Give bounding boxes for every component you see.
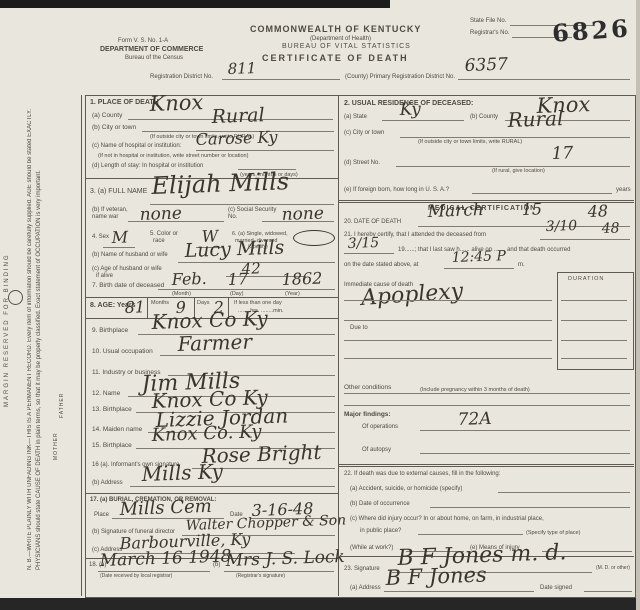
external-top-rule xyxy=(338,464,634,465)
where-label2: in public place? xyxy=(360,528,401,535)
pod-hospital-line xyxy=(196,150,334,151)
pod-stay-label: (d) Length of stay: In hospital or insti… xyxy=(92,163,203,170)
dod-line xyxy=(418,226,630,227)
registrar-sig-label: (b) xyxy=(213,562,220,569)
birth-year-value: 1862 xyxy=(281,269,322,289)
ssn-label2: No. xyxy=(228,214,237,221)
res-foreign-label: (e) If foreign born, how long in U. S. A… xyxy=(344,187,449,194)
bureau-vital: BUREAU OF VITAL STATISTICS xyxy=(282,43,411,51)
occupation-line xyxy=(160,355,335,356)
major-findings-label: Major findings: xyxy=(344,411,391,418)
res-street-value: 17 xyxy=(551,143,573,164)
other-conditions-label: Other conditions xyxy=(344,384,391,391)
primary-district-label: (County) Primary Registration District N… xyxy=(345,74,455,81)
age-months-label: Months xyxy=(151,300,169,306)
stamp-number: 6826 xyxy=(551,13,632,47)
res-county-label: (b) County xyxy=(470,114,498,121)
informant-addr-value: Mills Ky xyxy=(141,459,223,486)
duration-line-1 xyxy=(561,300,627,301)
sex-value: M xyxy=(111,227,128,247)
place-of-death-title: 1. PLACE OF DEATH xyxy=(90,99,159,107)
bureau-census: Bureau of the Census xyxy=(125,55,183,62)
where-line xyxy=(418,534,523,535)
sex-label: 4. Sex xyxy=(92,234,109,241)
registrar-sig-hint: (Registrar's signature) xyxy=(236,574,285,580)
occupation-value: Farmer xyxy=(177,329,252,356)
cause-line-1 xyxy=(344,300,552,301)
registrar-sig-line xyxy=(224,571,334,572)
pod-city-label: (b) City or town xyxy=(92,124,136,131)
operations-value: 72A xyxy=(457,409,492,430)
date-signed-label: Date signed xyxy=(540,585,572,592)
other-conditions-line-2 xyxy=(344,405,630,406)
primary-district-line xyxy=(458,79,630,80)
duration-line-4 xyxy=(561,358,627,359)
commonwealth-title: COMMONWEALTH OF KENTUCKY xyxy=(250,24,421,34)
certify-from-line xyxy=(540,239,630,240)
accident-line xyxy=(498,492,630,493)
veteran-label: (b) If veteran, xyxy=(92,207,128,214)
res-street-line xyxy=(396,166,630,167)
duration-label: DURATION xyxy=(568,276,604,282)
father-bp-label: 13. Birthplace xyxy=(92,406,132,413)
dod-label: 20. DATE OF DEATH xyxy=(344,219,401,226)
received-date-line xyxy=(98,571,210,572)
pod-county-value: Knox xyxy=(149,90,204,116)
birthdate-line xyxy=(158,289,335,290)
birth-month-value: Feb. xyxy=(171,269,207,289)
ssn-label: (c) Social Security xyxy=(228,207,276,214)
duration-line-3 xyxy=(561,340,627,341)
birth-day-value: 17 xyxy=(227,269,248,289)
separator-2 xyxy=(85,493,338,494)
age-divider-1 xyxy=(147,297,148,318)
form-number: Form V. S. No. 1-A xyxy=(118,38,168,45)
res-bottom-rule xyxy=(338,200,634,201)
res-city-label: (c) City or town xyxy=(344,130,384,137)
occupation-label: 10. Usual occupation xyxy=(92,348,153,355)
spouse-label: (b) Name of husband or wife xyxy=(92,252,168,259)
physician-sig-label: 23. Signature xyxy=(344,566,380,573)
duration-box xyxy=(557,272,634,370)
physician-addr-line xyxy=(384,591,534,592)
external-title: 22. If death was due to external causes,… xyxy=(344,471,500,478)
dod-day-value: 15 xyxy=(521,199,542,219)
due-to-label: Due to xyxy=(350,325,368,332)
time-of-death-line xyxy=(444,268,514,269)
margin-nb-text: N. B.—WRITE PLAINLY WITH UNFADING INK—TH… xyxy=(26,100,70,570)
dod-month-value: March xyxy=(427,200,484,222)
certify-from-value: 3/10 xyxy=(545,218,577,235)
res-state-line xyxy=(382,120,464,121)
external-top-rule-2 xyxy=(338,466,634,467)
father-side-label: FATHER xyxy=(60,382,66,418)
mother-side-label: MOTHER xyxy=(54,422,60,460)
spouse-age-label: (c) Age of husband or wife xyxy=(92,266,162,273)
mother-bp-label: 15. Birthplace xyxy=(92,442,132,449)
where-hint: (Specify type of place) xyxy=(526,530,580,536)
birthplace-label: 9. Birthplace xyxy=(92,327,128,334)
certify-from-year: 48 xyxy=(601,220,619,237)
res-foreign-suffix: years xyxy=(616,187,631,194)
veteran-line xyxy=(128,221,224,222)
burial-place-label: Place xyxy=(94,512,109,519)
ssn-line xyxy=(262,221,334,222)
scan-artifact-bottom-bar xyxy=(0,598,640,610)
autopsy-line xyxy=(420,453,630,454)
pod-county-label: (a) County xyxy=(92,112,122,119)
accident-label: (a) Accident, suicide, or homicide (spec… xyxy=(350,486,462,493)
dod-year-value: 48 xyxy=(587,201,608,221)
physician-addr-value: B F Jones xyxy=(385,562,487,590)
pod-hospital-hint: (If not in hospital or institution, writ… xyxy=(98,153,248,159)
cause-line-4 xyxy=(344,358,552,359)
where-label: (c) Where did injury occur? In or about … xyxy=(350,516,544,523)
mother-name-label: 14. Maiden name xyxy=(92,426,142,433)
res-foreign-line xyxy=(472,193,612,194)
spouse-age-label2: if alive xyxy=(96,273,113,280)
full-name-value: Elijah Mills xyxy=(151,167,290,200)
pod-city-value: Rural xyxy=(211,104,265,128)
burial-place-value: Mills Cem xyxy=(119,496,212,520)
cause-line-2 xyxy=(344,320,552,321)
operations-line xyxy=(420,430,630,431)
father-name-label: 12. Name xyxy=(92,390,120,397)
reg-district-value: 811 xyxy=(227,59,256,78)
age-top-rule xyxy=(85,297,338,298)
occurrence-line xyxy=(430,507,630,508)
res-city-value: Rural xyxy=(507,106,564,132)
dept-commerce: DEPARTMENT OF COMMERCE xyxy=(100,46,203,54)
informant-addr-label: (b) Address xyxy=(92,480,123,487)
res-street-label: (d) Street No. xyxy=(344,160,380,167)
cause-line-3 xyxy=(344,340,552,341)
left-double-rule xyxy=(81,95,82,596)
res-state-label: (a) State xyxy=(344,114,367,121)
received-date-hint: (Date received by local registrar) xyxy=(100,574,172,580)
autopsy-label: Of autopsy xyxy=(362,447,391,454)
date-signed-line xyxy=(584,591,632,592)
occurrence-label: (b) Date of occurrence xyxy=(350,501,410,508)
sex-line xyxy=(103,247,135,248)
res-state-value: Ky xyxy=(399,99,421,120)
certify-to-value: 3/15 xyxy=(347,235,379,252)
color-label2: race xyxy=(153,238,165,245)
age-days-label: Days xyxy=(197,300,210,306)
veteran-label2: name war xyxy=(92,214,118,221)
certificate-scan: MARGIN RESERVED FOR BINDING N. B.—WRITE … xyxy=(0,0,640,610)
scan-artifact-top-bar xyxy=(0,0,390,8)
reg-district-label: Registration District No. xyxy=(150,74,213,81)
physician-sig-hint: (M. D. or other) xyxy=(596,566,630,572)
dept-health: (Department of Health) xyxy=(310,36,371,43)
primary-district-value: 6357 xyxy=(464,55,508,76)
marital-circle xyxy=(293,230,335,246)
time-of-death-suffix: m. xyxy=(518,262,525,269)
certificate-title: CERTIFICATE OF DEATH xyxy=(262,53,409,63)
punch-hole xyxy=(8,290,23,305)
state-file-label: State File No. xyxy=(470,18,506,25)
scan-artifact-right-edge xyxy=(636,0,640,610)
certify-text-3: on the date stated above, at xyxy=(344,262,418,269)
res-city-line xyxy=(400,137,630,138)
work-label: (While at work?) xyxy=(350,545,393,552)
res-city-hint: (If outside city or town limits, write R… xyxy=(418,139,522,145)
physician-addr-label: (a) Address xyxy=(350,585,381,592)
age-years-value: 81 xyxy=(124,297,145,317)
duration-line-2 xyxy=(561,320,627,321)
informant-addr-line xyxy=(130,486,335,487)
full-name-label: 3. (a) FULL NAME xyxy=(90,188,147,196)
other-conditions-line xyxy=(344,393,630,394)
certify-to-line xyxy=(344,253,394,254)
margin-binding-text: MARGIN RESERVED FOR BINDING xyxy=(4,120,11,540)
birthdate-label: 7. Birth date of deceased xyxy=(92,282,164,289)
pod-hospital-value: Carose Ky xyxy=(195,127,277,149)
color-label: 5. Color or xyxy=(150,231,178,238)
operations-label: Of operations xyxy=(362,424,398,431)
registrar-no-label: Registrar's No. xyxy=(470,30,510,37)
registrar-sig-value: Mrs J. S. Lock xyxy=(225,547,345,571)
res-street-hint: (If rural, give location) xyxy=(492,168,545,174)
spouse-value: Lucy Mills xyxy=(184,237,284,262)
pod-hospital-label: (c) Name of hospital or institution: xyxy=(92,143,181,150)
time-of-death-value: 12:45 P xyxy=(451,248,506,266)
reg-district-line xyxy=(222,79,340,80)
